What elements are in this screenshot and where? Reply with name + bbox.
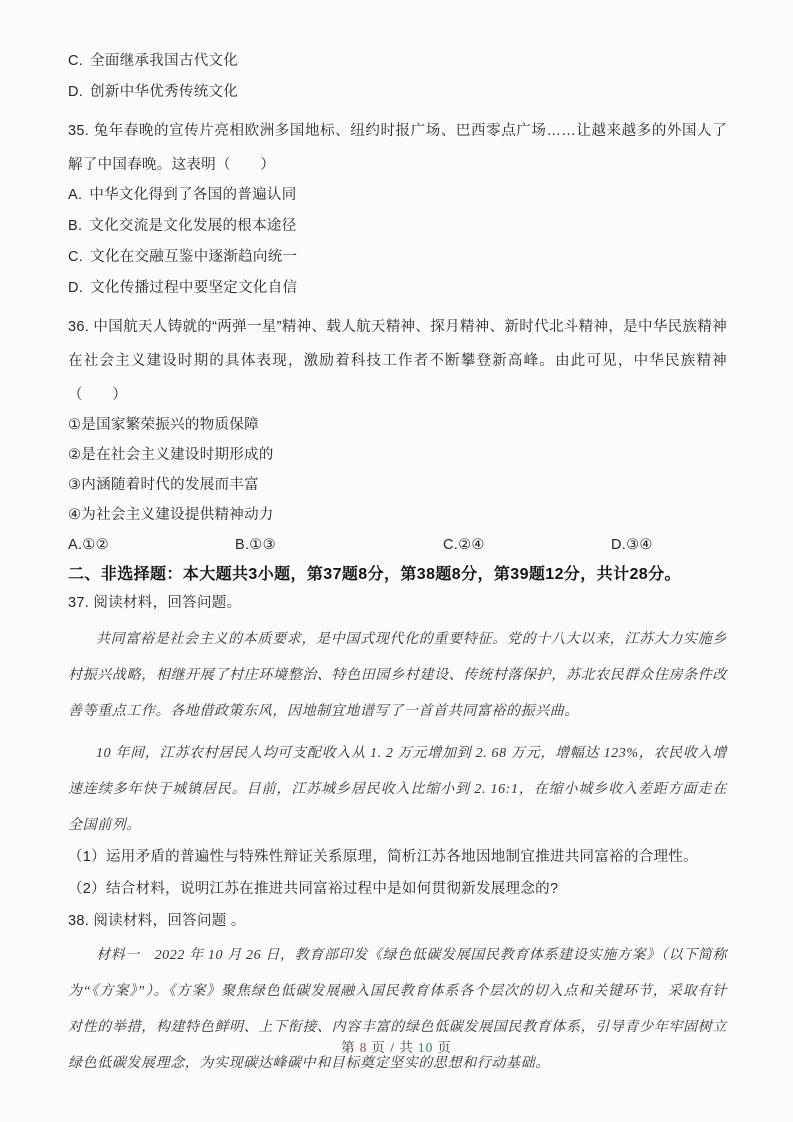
exam-content: C.全面继承我国古代文化 D.创新中华优秀传统文化 35. 兔年春晚的宣传片亮相… (0, 0, 793, 1082)
footer-label-suffix: 页 (437, 1040, 452, 1055)
option-label: A. (68, 187, 82, 203)
option-label: D. (68, 84, 83, 100)
option-label: C. (68, 249, 83, 265)
option-label: B. (68, 218, 82, 234)
option-text: 文化在交融互鉴中逐渐趋向统一 (90, 249, 297, 265)
question-35-stem: 35. 兔年春晚的宣传片亮相欧洲多国地标、纽约时报广场、巴西零点广场……让越来越… (68, 114, 727, 182)
footer-total-pages: 10 (418, 1040, 434, 1055)
footer-label-prefix: 第 (341, 1040, 356, 1055)
q36-statement-3: ③内涵随着时代的发展而丰富 (68, 476, 727, 494)
option-label: D. (68, 280, 83, 296)
page-footer: 第8页 / 共10页 (0, 1036, 793, 1056)
exam-page: C.全面继承我国古代文化 D.创新中华优秀传统文化 35. 兔年春晚的宣传片亮相… (0, 0, 793, 1122)
q36-answer-a: A.①② (68, 536, 235, 554)
q35-option-c: C.文化在交融互鉴中逐渐趋向统一 (68, 248, 727, 266)
q36-statement-2: ②是在社会主义建设时期形成的 (68, 446, 727, 464)
q36-answer-choices: A.①② B.①③ C.②④ D.③④ (68, 536, 727, 554)
option-text: 创新中华优秀传统文化 (90, 84, 238, 100)
q37-material-paragraph-1: 共同富裕是社会主义的本质要求，是中国式现代化的重要特征。党的十八大以来，江苏大力… (68, 622, 727, 730)
q35-option-d: D.文化传播过程中要坚定文化自信 (68, 279, 727, 297)
question-38-title: 38. 阅读材料，回答问题 。 (68, 912, 727, 930)
section-2-header: 二、非选择题：本大题共3小题，第37题8分，第38题8分，第39题12分，共计2… (68, 564, 727, 586)
option-text: 文化传播过程中要坚定文化自信 (90, 280, 297, 296)
option-text: 全面继承我国古代文化 (90, 53, 238, 69)
q36-statement-1: ①是国家繁荣振兴的物质保障 (68, 416, 727, 434)
q36-answer-d: D.③④ (611, 536, 727, 554)
option-label: C. (68, 53, 83, 69)
q36-answer-b: B.①③ (235, 536, 443, 554)
q35-option-b: B.文化交流是文化发展的根本途径 (68, 217, 727, 235)
footer-label-mid: 页 / 共 (371, 1040, 414, 1055)
option-text: 文化交流是文化发展的根本途径 (89, 218, 296, 234)
question-36-stem: 36. 中国航天人铸就的“两弹一星”精神、载人航天精神、探月精神、新时代北斗精神… (68, 310, 727, 412)
q35-option-a: A.中华文化得到了各国的普遍认同 (68, 186, 727, 204)
q36-answer-c: C.②④ (443, 536, 611, 554)
question-37-title: 37. 阅读材料，回答问题。 (68, 594, 727, 612)
q37-subquestion-1: （1）运用矛盾的普遍性与特殊性辩证关系原理，简析江苏各地因地制宜推进共同富裕的合… (68, 848, 727, 866)
option-line-c: C.全面继承我国古代文化 (68, 52, 727, 70)
option-line-d: D.创新中华优秀传统文化 (68, 83, 727, 101)
q36-statement-4: ④为社会主义建设提供精神动力 (68, 506, 727, 524)
q37-subquestion-2: （2）结合材料，说明江苏在推进共同富裕过程中是如何贯彻新发展理念的? (68, 880, 727, 898)
q37-material-paragraph-2: 10 年间，江苏农村居民人均可支配收入从 1. 2 万元增加到 2. 68 万元… (68, 736, 727, 844)
footer-current-page: 8 (360, 1040, 368, 1055)
q38-material-paragraph-1: 材料一 2022 年 10 月 26 日，教育部印发《绿色低碳发展国民教育体系建… (68, 938, 727, 1082)
option-text: 中华文化得到了各国的普遍认同 (89, 187, 296, 203)
